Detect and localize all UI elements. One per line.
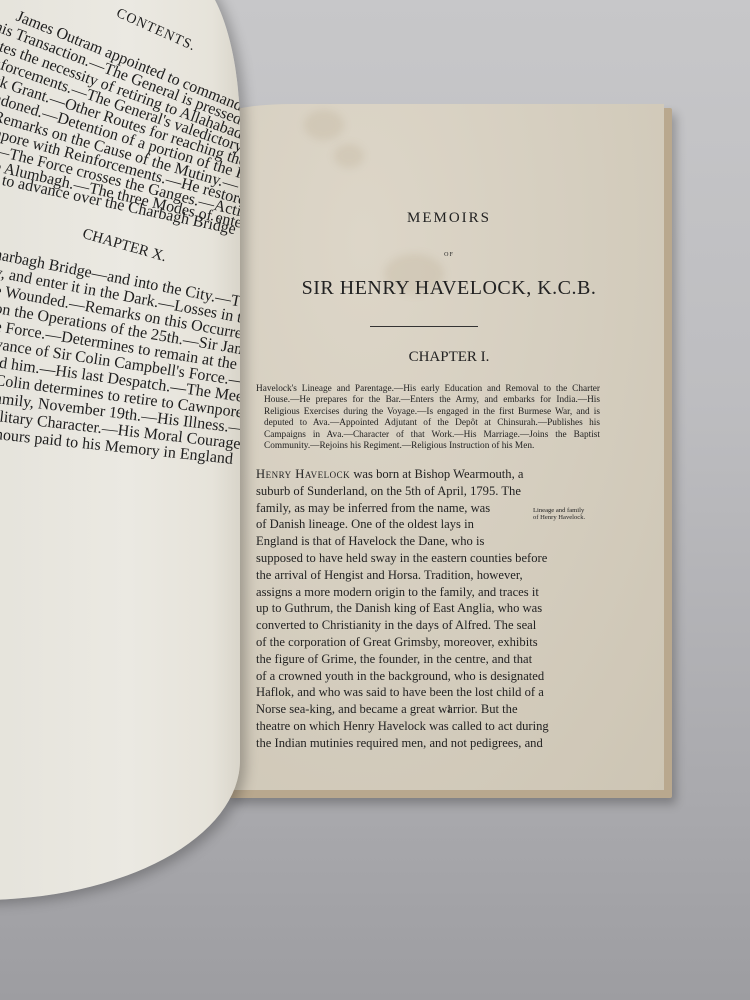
body-line: of Danish lineage. One of the oldest lay… (256, 517, 474, 531)
body-line: converted to Christianity in the days of… (256, 618, 536, 632)
body-line: up to Guthrum, the Danish king of East A… (256, 601, 542, 615)
chapter-heading: CHAPTER I. (234, 349, 664, 366)
book-photo: MEMOIRS OF SIR HENRY HAVELOCK, K.C.B. CH… (0, 0, 750, 1000)
title-divider (370, 326, 478, 327)
contents-header: CONTENTS. (113, 6, 198, 55)
body-line: England is that of Havelock the Dane, wh… (256, 534, 484, 548)
page-number: 1 (234, 703, 664, 715)
body-line: the Indian mutinies required men, and no… (256, 736, 543, 750)
body-line: assigns a more modern origin to the fami… (256, 585, 539, 599)
body-lead: Henry Havelock (256, 467, 350, 481)
body-line: the arrival of Hengist and Horsa. Tradit… (256, 568, 523, 582)
body-line: of a crowned youth in the background, wh… (256, 669, 544, 683)
body-line: supposed to have held sway in the easter… (256, 551, 547, 565)
margin-note: Lineage and family of Henry Havelock. (533, 507, 591, 522)
body-line: of the corporation of Great Grimsby, mor… (256, 635, 538, 649)
title-memoirs: MEMOIRS (234, 210, 664, 227)
left-page-contents: CONTENTS. James Outram appointed to comm… (0, 0, 240, 900)
body-line: suburb of Sunderland, on the 5th of Apri… (256, 484, 521, 498)
body-line: family, as may be inferred from the name… (256, 501, 490, 515)
body-line: the figure of Grime, the founder, in the… (256, 652, 532, 666)
chapter-x-heading: CHAPTER X. (80, 226, 168, 266)
body-line: theatre on which Henry Havelock was call… (256, 719, 549, 733)
paper-stain (304, 110, 344, 140)
title-of: OF (234, 252, 664, 258)
right-page: MEMOIRS OF SIR HENRY HAVELOCK, K.C.B. CH… (234, 104, 664, 790)
body-line: Haflok, and who was said to have been th… (256, 685, 544, 699)
paper-stain (334, 144, 364, 168)
title-name: SIR HENRY HAVELOCK, K.C.B. (234, 277, 664, 300)
chapter-summary: Havelock's Lineage and Parentage.—His ea… (256, 384, 600, 452)
body-line: was born at Bishop Wearmouth, a (350, 467, 523, 481)
